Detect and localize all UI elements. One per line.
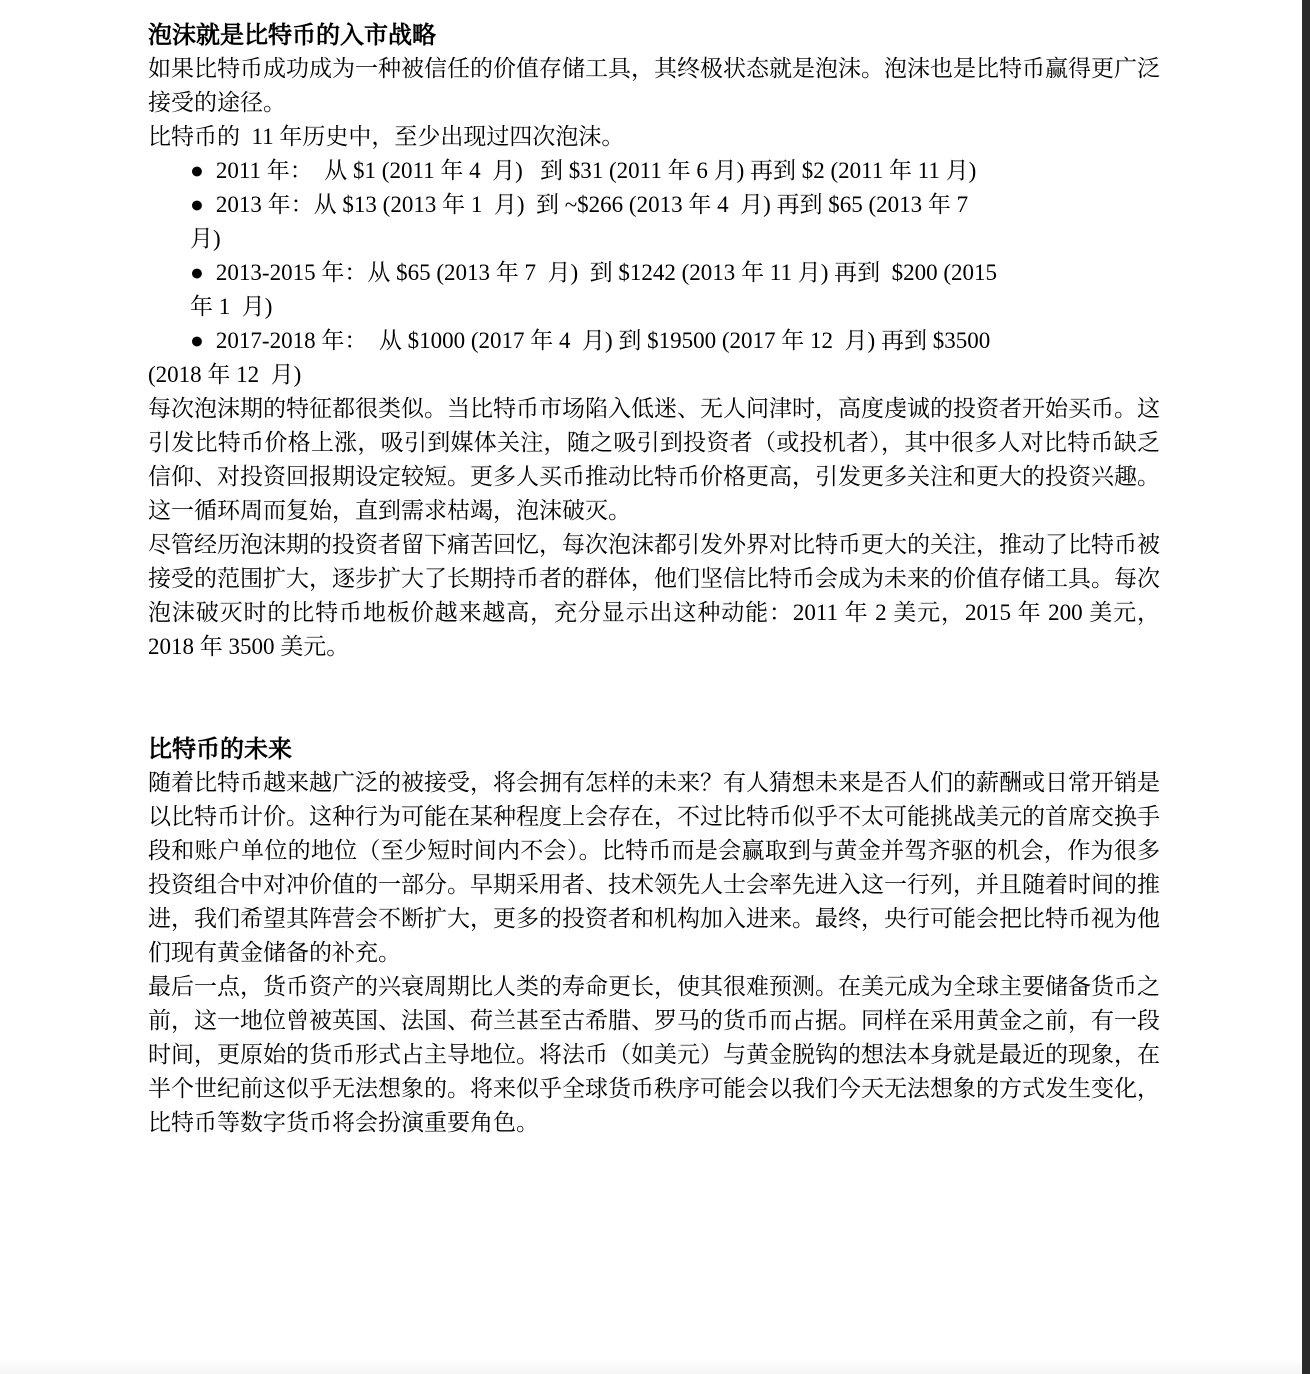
heading-bitcoin-future: 比特币的未来 [148,734,1160,766]
list-item-text: 2013 年：从 $13 (2013 年 1 月) 到 ~$266 (2013 … [216,192,968,217]
heading-bubble-entry-strategy: 泡沫就是比特币的入市战略 [148,20,1160,52]
bullet-icon: ● [190,192,204,217]
bullet-icon: ● [190,328,204,353]
paragraph-bubble-intro: 如果比特币成功成为一种被信任的价值存储工具，其终极状态就是泡沫。泡沫也是比特币赢… [148,52,1160,120]
list-item-bubble-2017-2018: ●2017-2018 年： 从 $1000 (2017 年 4 月) 到 $19… [148,324,1160,392]
bullet-icon: ● [190,158,204,183]
paragraph-future-outlook: 随着比特币越来越广泛的被接受，将会拥有怎样的未来？有人猜想未来是否人们的薪酬或日… [148,766,1160,970]
paragraph-future-longterm: 最后一点，货币资产的兴衰周期比人类的寿命更长，使其很难预测。在美元成为全球主要储… [148,970,1160,1140]
bullet-icon: ● [190,260,204,285]
page-bottom-shadow [0,1358,1302,1374]
list-item-text: 2013-2015 年：从 $65 (2013 年 7 月) 到 $1242 (… [216,260,997,285]
paragraph-history-line: 比特币的 11 年历史中，至少出现过四次泡沫。 [148,120,1160,154]
list-item-text-wrap: 年 1 月) [190,294,272,319]
list-item-text: 2011 年： 从 $1 (2011 年 4 月) 到 $31 (2011 年 … [216,158,976,183]
document-page: 泡沫就是比特币的入市战略 如果比特币成功成为一种被信任的价值存储工具，其终极状态… [148,0,1160,1140]
paragraph-bubble-floor-price: 尽管经历泡沫期的投资者留下痛苦回忆，每次泡沫都引发外界对比特币更大的关注，推动了… [148,528,1160,664]
list-item-text-wrap: 月) [190,226,221,251]
list-item-text-wrap: (2018 年 12 月) [148,362,301,387]
paragraph-bubble-cycle: 每次泡沫期的特征都很类似。当比特币市场陷入低迷、无人问津时，高度虔诚的投资者开始… [148,392,1160,528]
list-item-text: 2017-2018 年： 从 $1000 (2017 年 4 月) 到 $195… [216,328,990,353]
list-item-bubble-2011: ●2011 年： 从 $1 (2011 年 4 月) 到 $31 (2011 年… [148,154,1160,188]
bubble-history-list: ●2011 年： 从 $1 (2011 年 4 月) 到 $31 (2011 年… [148,154,1160,392]
document-viewer: { "page": { "background_color": "#ffffff… [0,0,1310,1374]
list-item-bubble-2013-2015: ●2013-2015 年：从 $65 (2013 年 7 月) 到 $1242 … [148,256,1160,324]
scrollbar[interactable] [1302,0,1310,1374]
list-item-bubble-2013: ●2013 年：从 $13 (2013 年 1 月) 到 ~$266 (2013… [148,188,1160,256]
